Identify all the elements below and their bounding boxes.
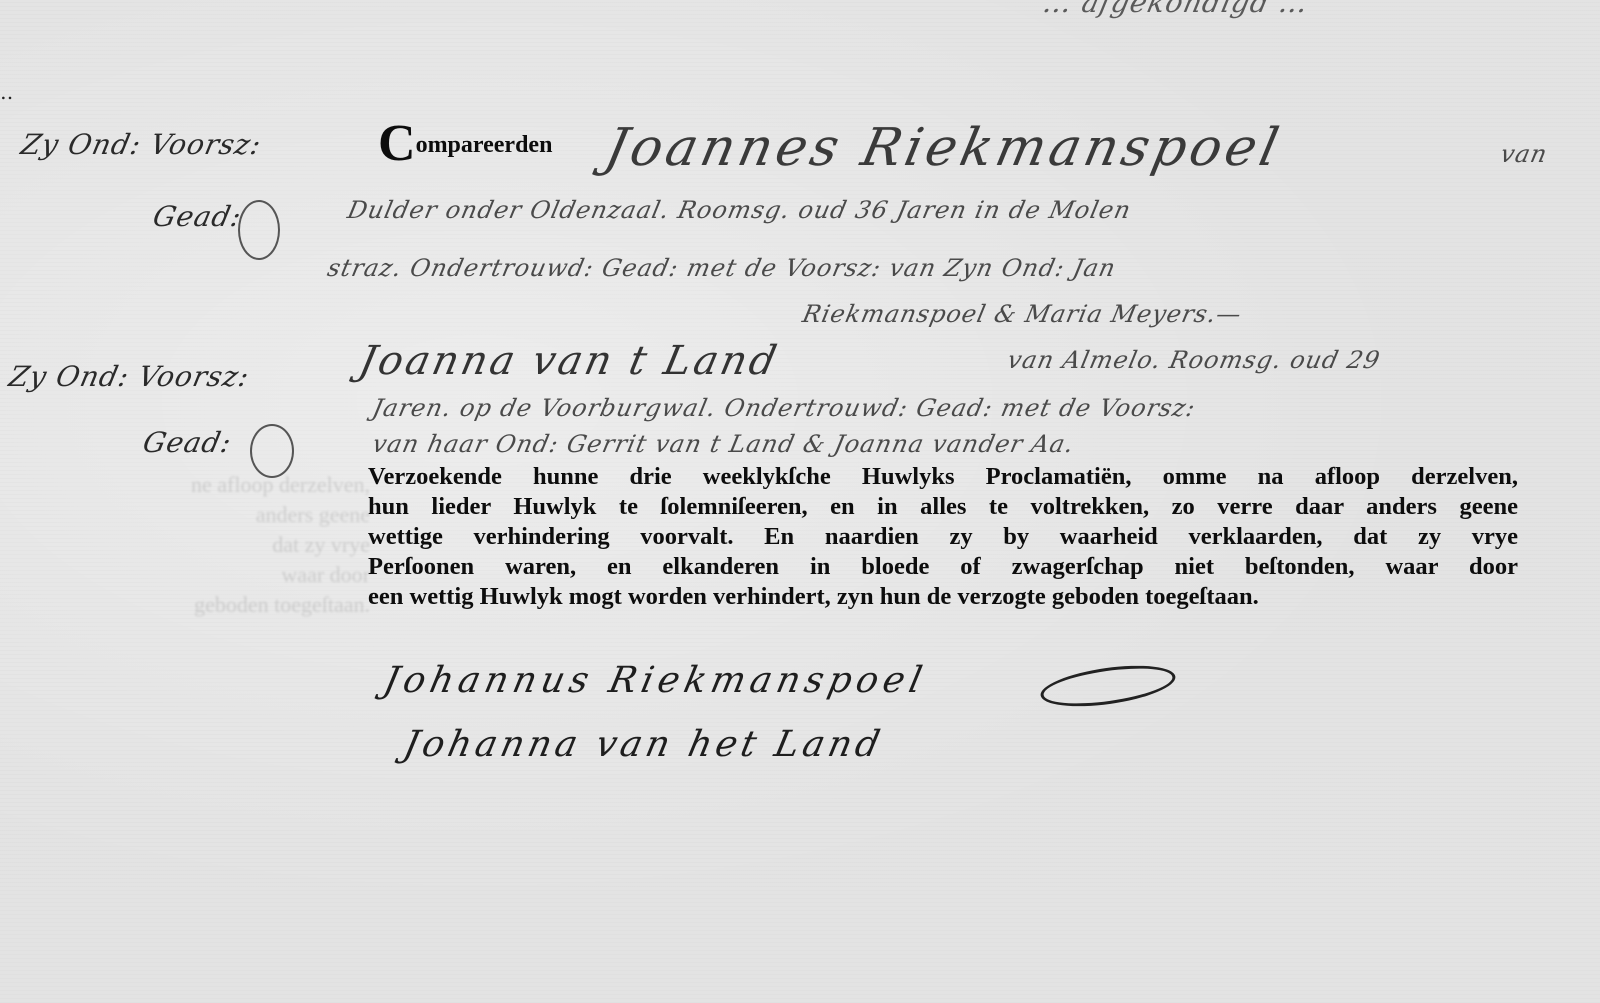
bleed-line: waar door [70,560,370,590]
bride-name: Joanna van t Land [355,338,783,384]
groom-line-3: straz. Ondertrouwd: Gead: met de Voorsz:… [325,254,1119,282]
groom-name: Joannes Riekmanspoel [600,118,1287,178]
bleed-line: dat zy vrye [70,530,370,560]
margin-note-1-sub: Gead: [150,200,245,233]
printed-line-2: hun lieder Huwlyk te ſolemniſeeren, en i… [368,492,1518,522]
groom-suffix: van [1498,140,1550,168]
printed-line-1: Verzoekende hunne drie weeklykſche Huwly… [368,462,1518,492]
printed-proclamation-text: Verzoekende hunne drie weeklykſche Huwly… [368,462,1518,612]
margin-flourish-1 [238,200,280,260]
margin-note-2-sub: Gead: [140,426,235,459]
bride-line-1-cont: van Almelo. Roomsg. oud 29 [1005,346,1383,374]
printed-line-4: Perſoonen waren, en elkanderen in bloede… [368,552,1518,582]
document-page: … afgekondigd … ‥ Zy Ond: Voorsz: Gead: … [0,0,1600,1003]
bride-line-3: van haar Ond: Gerrit van t Land & Joanna… [370,430,1077,458]
printed-line-3: wettige verhindering voorvalt. En naardi… [368,522,1518,552]
bleed-line: anders geene [70,500,370,530]
edge-mark: ‥ [0,80,13,104]
groom-line-2: Dulder onder Oldenzaal. Roomsg. oud 36 J… [345,196,1134,224]
bleed-through-text: ne afloop derzelven, anders geene dat zy… [70,470,370,620]
top-fragment-text: … afgekondigd … [1040,0,1312,19]
heading-rest: ompareerden [416,132,553,158]
groom-line-4: Riekmanspoel & Maria Meyers.— [800,300,1245,328]
bleed-line: ne afloop derzelven, [70,470,370,500]
printed-heading: Compareerden [378,118,552,170]
margin-note-2: Zy Ond: Voorsz: [6,360,253,393]
heading-dropcap: C [378,115,416,172]
signature-groom: Johannus Riekmanspoel [380,660,930,701]
printed-line-5: een wettig Huwlyk mogt worden verhindert… [368,582,1518,612]
signature-flourish [1038,659,1178,714]
bride-line-2: Jaren. op de Voorburgwal. Ondertrouwd: G… [370,394,1198,422]
margin-note-1: Zy Ond: Voorsz: [18,128,265,161]
bleed-line: geboden toegeſtaan. [70,590,370,620]
signature-bride: Johanna van het Land [400,724,887,765]
